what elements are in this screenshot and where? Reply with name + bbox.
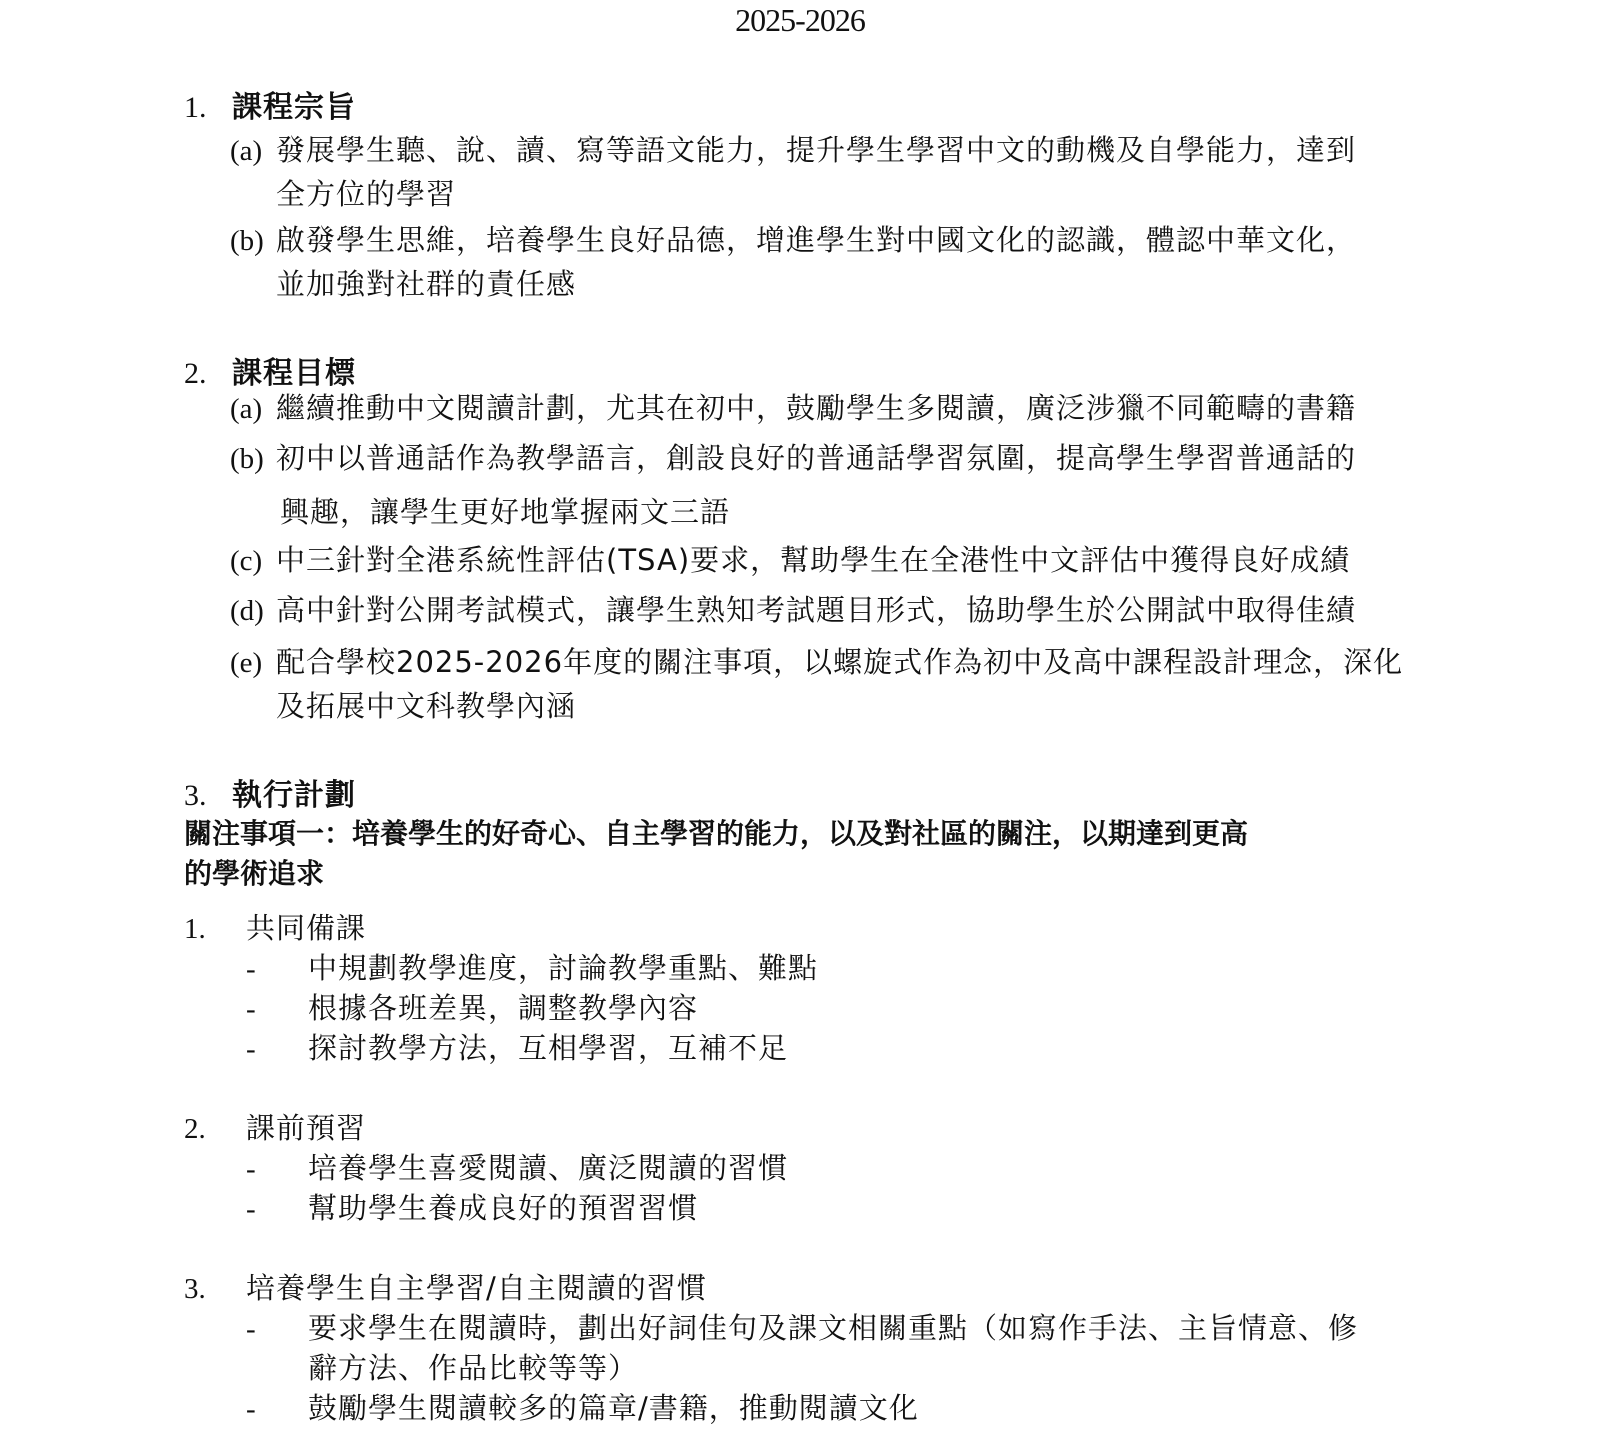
item-marker: (d) <box>230 591 276 631</box>
plan-3-bullet-1: -要求學生在閱讀時，劃出好詞佳句及課文相關重點（如寫作手法、主旨情意、修 <box>246 1306 1358 1347</box>
bullet-text: 探討教學方法，互相學習，互補不足 <box>308 1031 788 1065</box>
goal-item-b: (b)初中以普通話作為教學語言，創設良好的普通話學習氛圍，提高學生學習普通話的 <box>230 438 1356 479</box>
aim-item-a: (a)發展學生聽、說、讀、寫等語文能力，提升學生學習中文的動機及自學能力，達到 <box>230 130 1356 171</box>
plan-item-1: 1.共同備課 <box>184 906 366 947</box>
item-marker: (b) <box>230 221 276 261</box>
goal-item-a: (a)繼續推動中文閱讀計劃，尤其在初中，鼓勵學生多閱讀，廣泛涉獵不同範疇的書籍 <box>230 388 1356 429</box>
goal-item-c: (c)中三針對全港系統性評估(TSA)要求，幫助學生在全港性中文評估中獲得良好成… <box>230 540 1350 581</box>
section-title: 課程宗旨 <box>232 90 356 125</box>
item-text: 啟發學生思維，培養學生良好品德，增進學生對中國文化的認識，體認中華文化， <box>276 223 1356 257</box>
dash-marker: - <box>246 953 308 986</box>
aim-item-b: (b)啟發學生思維，培養學生良好品德，增進學生對中國文化的認識，體認中華文化， <box>230 220 1356 261</box>
section-number: 1. <box>184 91 232 125</box>
item-marker: (a) <box>230 131 276 171</box>
plan-title: 共同備課 <box>246 911 366 945</box>
section-number: 2. <box>184 357 232 391</box>
plan-title: 課前預習 <box>246 1111 366 1145</box>
bullet-text: 幫助學生養成良好的預習習慣 <box>308 1191 698 1225</box>
plan-3-bullet-1-continuation: 辭方法、作品比較等等） <box>308 1346 638 1387</box>
plan-number: 3. <box>184 1273 246 1306</box>
plan-2-bullet-1: -培養學生喜愛閱讀、廣泛閱讀的習慣 <box>246 1146 788 1187</box>
bullet-text: 中規劃教學進度，討論教學重點、難點 <box>308 951 818 985</box>
item-text: 中三針對全港系統性評估(TSA)要求，幫助學生在全港性中文評估中獲得良好成績 <box>276 543 1350 577</box>
item-text: 高中針對公開考試模式，讓學生熟知考試題目形式，協助學生於公開試中取得佳績 <box>276 593 1356 627</box>
goal-item-b-continuation: 興趣，讓學生更好地掌握兩文三語 <box>280 490 730 531</box>
plan-number: 1. <box>184 913 246 946</box>
goal-item-d: (d)高中針對公開考試模式，讓學生熟知考試題目形式，協助學生於公開試中取得佳績 <box>230 590 1356 631</box>
bullet-text: 根據各班差異，調整教學內容 <box>308 991 698 1025</box>
section-1-heading: 1.課程宗旨 <box>184 82 356 126</box>
year-heading: 2025-2026 <box>0 2 1600 39</box>
item-marker: (b) <box>230 439 276 479</box>
goal-item-e: (e)配合學校2025-2026年度的關注事項，以螺旋式作為初中及高中課程設計理… <box>230 642 1403 683</box>
plan-1-bullet-3: -探討教學方法，互相學習，互補不足 <box>246 1026 788 1067</box>
section-title: 執行計劃 <box>232 778 356 813</box>
section-3-heading: 3.執行計劃 <box>184 770 356 814</box>
dash-marker: - <box>246 1193 308 1226</box>
focus-item-line1: 關注事項一：培養學生的好奇心、自主學習的能力，以及對社區的關注，以期達到更高 <box>184 812 1248 852</box>
plan-title: 培養學生自主學習/自主閱讀的習慣 <box>246 1271 707 1305</box>
plan-number: 2. <box>184 1113 246 1146</box>
aim-item-a-continuation: 全方位的學習 <box>276 172 456 213</box>
dash-marker: - <box>246 1313 308 1346</box>
item-text: 發展學生聽、說、讀、寫等語文能力，提升學生學習中文的動機及自學能力，達到 <box>276 133 1356 167</box>
section-2-heading: 2.課程目標 <box>184 348 356 392</box>
plan-1-bullet-2: -根據各班差異，調整教學內容 <box>246 986 698 1027</box>
section-title: 課程目標 <box>232 356 356 391</box>
dash-marker: - <box>246 1393 308 1426</box>
item-text: 初中以普通話作為教學語言，創設良好的普通話學習氛圍，提高學生學習普通話的 <box>276 441 1356 475</box>
dash-marker: - <box>246 993 308 1026</box>
focus-item-line2: 的學術追求 <box>184 852 324 892</box>
plan-3-bullet-2: -鼓勵學生閱讀較多的篇章/書籍，推動閱讀文化 <box>246 1386 919 1427</box>
item-text: 配合學校2025-2026年度的關注事項，以螺旋式作為初中及高中課程設計理念，深… <box>276 645 1403 679</box>
dash-marker: - <box>246 1033 308 1066</box>
item-text: 繼續推動中文閱讀計劃，尤其在初中，鼓勵學生多閱讀，廣泛涉獵不同範疇的書籍 <box>276 391 1356 425</box>
bullet-text: 鼓勵學生閱讀較多的篇章/書籍，推動閱讀文化 <box>308 1391 919 1425</box>
plan-1-bullet-1: -中規劃教學進度，討論教學重點、難點 <box>246 946 818 987</box>
item-marker: (a) <box>230 389 276 429</box>
bullet-text: 要求學生在閱讀時，劃出好詞佳句及課文相關重點（如寫作手法、主旨情意、修 <box>308 1311 1358 1345</box>
bullet-text: 培養學生喜愛閱讀、廣泛閱讀的習慣 <box>308 1151 788 1185</box>
document-page: 2025-2026 1.課程宗旨 (a)發展學生聽、說、讀、寫等語文能力，提升學… <box>0 0 1600 1448</box>
section-number: 3. <box>184 779 232 813</box>
goal-item-e-continuation: 及拓展中文科教學內涵 <box>276 684 576 725</box>
item-marker: (e) <box>230 643 276 683</box>
plan-2-bullet-2: -幫助學生養成良好的預習習慣 <box>246 1186 698 1227</box>
aim-item-b-continuation: 並加強對社群的責任感 <box>276 262 576 303</box>
dash-marker: - <box>246 1153 308 1186</box>
plan-item-2: 2.課前預習 <box>184 1106 366 1147</box>
plan-item-3: 3.培養學生自主學習/自主閱讀的習慣 <box>184 1266 707 1307</box>
item-marker: (c) <box>230 541 276 581</box>
